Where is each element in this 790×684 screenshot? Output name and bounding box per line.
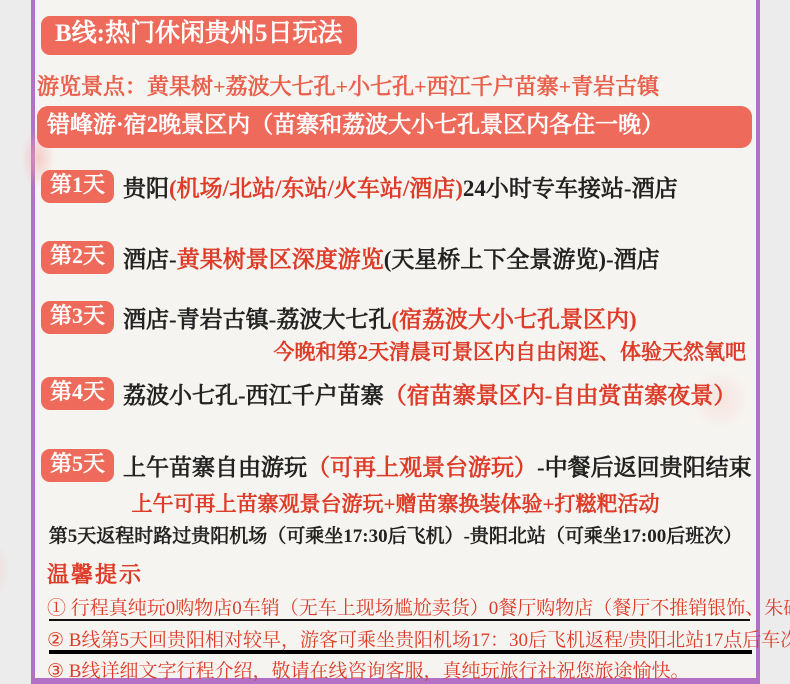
day-2-badge: 第2天 <box>41 241 114 274</box>
day-2-text: 酒店-黄果树景区深度游览(天星桥上下全景游览)-酒店 <box>123 241 660 274</box>
day-5-badge: 第5天 <box>41 449 114 482</box>
day-1-segment-red: (机场/北站/东站/火车站/酒店) <box>169 176 463 201</box>
day-3-segment-red: (宿荔波大小七孔景区内) <box>391 307 636 332</box>
day-4-badge: 第4天 <box>41 377 114 410</box>
day-5-segment: -中餐后返回贵阳结束 <box>537 455 752 480</box>
day-5-note-red: 上午可再上苗寨观景台游玩+赠苗寨换装体验+打糍粑活动 <box>35 488 756 518</box>
tip-item-3: ③ B线详细文字行程介绍，敬请在线咨询客服，真纯玩旅行社祝您旅途愉快。 <box>47 656 752 683</box>
tips-heading: 温馨提示 <box>47 558 143 589</box>
tip-divider-thick <box>49 650 752 654</box>
route-title-badge: B线:热门休闲贵州5日玩法 <box>41 16 357 55</box>
day-1-segment: 24小时专车接站-酒店 <box>463 176 678 201</box>
day-3-note: 今晚和第2天清晨可景区内自由闲逛、体验天然氧吧 <box>35 336 746 366</box>
tip-divider-thin <box>49 619 750 621</box>
day-3-text: 酒店-青岩古镇-荔波大七孔(宿荔波大小七孔景区内) <box>123 301 637 334</box>
day-1-segment: 贵阳 <box>123 176 169 201</box>
watercolor-smudge <box>0 540 10 600</box>
day-4-segment-red: （宿苗寨景区内-自由赏苗寨夜景） <box>384 383 737 408</box>
day-row-3: 第3天 酒店-青岩古镇-荔波大七孔(宿荔波大小七孔景区内) <box>41 301 754 334</box>
day-row-1: 第1天 贵阳(机场/北站/东站/火车站/酒店)24小时专车接站-酒店 <box>41 170 754 203</box>
accommodation-banner: 错峰游·宿2晚景区内（苗寨和荔波大小七孔景区内各住一晚） <box>37 106 752 148</box>
day-1-badge: 第1天 <box>41 170 114 203</box>
day-1-text: 贵阳(机场/北站/东站/火车站/酒店)24小时专车接站-酒店 <box>123 170 678 203</box>
day-2-segment-red: 黄果树景区深度游览 <box>177 247 384 272</box>
day-5-segment: 上午苗寨自由游玩 <box>123 455 307 480</box>
day-4-segment: 荔波小七孔-西江千户苗寨 <box>123 383 384 408</box>
tip-item-2: ② B线第5天回贵阳相对较早，游客可乘坐贵阳机场17：30后飞机返程/贵阳北站1… <box>47 625 752 652</box>
day-5-note-black: 第5天返程时路过贵阳机场（可乘坐17:30后飞机）-贵阳北站（可乘坐17:00后… <box>35 521 756 548</box>
day-2-segment: (天星桥上下全景游览)-酒店 <box>384 247 660 272</box>
day-4-text: 荔波小七孔-西江千户苗寨（宿苗寨景区内-自由赏苗寨夜景） <box>123 377 736 410</box>
day-2-segment: 酒店- <box>123 247 177 272</box>
day-3-segment: 酒店-青岩古镇-荔波大七孔 <box>123 307 391 332</box>
day-row-2: 第2天 酒店-黄果树景区深度游览(天星桥上下全景游览)-酒店 <box>41 241 754 274</box>
sightseeing-spots-line: 游览景点：黄果树+荔波大七孔+小七孔+西江千户苗寨+青岩古镇 <box>37 70 754 101</box>
day-row-5: 第5天 上午苗寨自由游玩（可再上观景台游玩）-中餐后返回贵阳结束 <box>41 449 754 482</box>
day-row-4: 第4天 荔波小七孔-西江千户苗寨（宿苗寨景区内-自由赏苗寨夜景） <box>41 377 754 410</box>
day-5-segment-red: （可再上观景台游玩） <box>307 455 537 480</box>
day-3-badge: 第3天 <box>41 301 114 334</box>
content-frame: B线:热门休闲贵州5日玩法 游览景点：黄果树+荔波大七孔+小七孔+西江千户苗寨+… <box>31 0 760 684</box>
day-5-text: 上午苗寨自由游玩（可再上观景台游玩）-中餐后返回贵阳结束 <box>123 449 752 482</box>
itinerary-poster: { "colors": { "badge_bg": "#ee6a5a", "re… <box>0 0 790 684</box>
tip-item-1: ① 行程真纯玩0购物店0车销（无车上现场尴尬卖货）0餐厅购物店（餐厅不推销银饰、… <box>47 593 752 620</box>
